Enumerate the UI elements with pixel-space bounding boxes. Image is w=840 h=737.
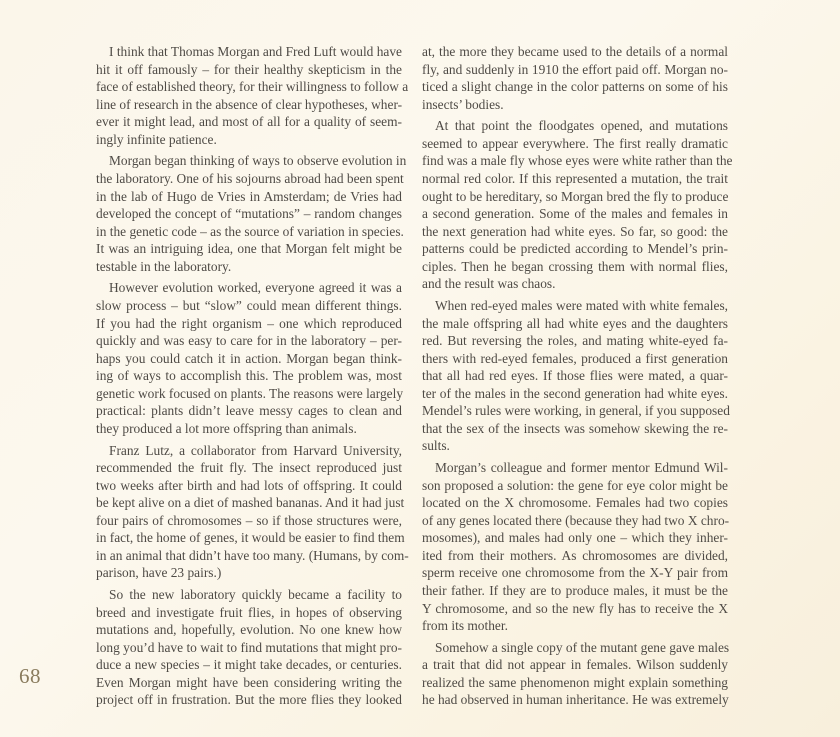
page-number: 68	[19, 664, 41, 689]
text-line: duce a new species – it might take decad…	[96, 656, 402, 674]
right-text-column: at, the more they became used to the det…	[422, 43, 728, 713]
text-line: Somehow a single copy of the mutant gene…	[422, 639, 728, 657]
text-line: he had observed in human inheritance. He…	[422, 691, 728, 709]
text-line: red. But reversing the roles, and mating…	[422, 332, 728, 350]
text-line: recommended the fruit fly. The insect re…	[96, 459, 402, 477]
text-line: If you had the right organism – one whic…	[96, 315, 402, 333]
text-line: genetic work focused on plants. The reas…	[96, 385, 402, 403]
text-line: Y chromosome, and so the new fly has to …	[422, 600, 728, 618]
text-line: slow process – but “slow” could mean dif…	[96, 297, 402, 315]
paragraph: When red-eyed males were mated with whit…	[422, 297, 728, 455]
paragraph: So the new laboratory quickly became a f…	[96, 586, 402, 709]
text-line: a trait that did not appear in females. …	[422, 656, 728, 674]
text-line: the male offspring all had white eyes an…	[422, 315, 728, 333]
text-line: ing of ways to accomplish this. The prob…	[96, 367, 402, 385]
text-line: of any genes located there (because they…	[422, 512, 728, 530]
text-line: face of established theory, for their wi…	[96, 78, 402, 96]
text-line: seemed to appear everywhere. The first r…	[422, 135, 728, 153]
paragraph: at, the more they became used to the det…	[422, 43, 728, 113]
text-line: sults.	[422, 437, 728, 455]
text-line: developed the concept of “mutations” – r…	[96, 205, 402, 223]
text-line: line of research in the absence of clear…	[96, 96, 402, 114]
text-line: Franz Lutz, a collaborator from Harvard …	[96, 442, 402, 460]
text-line: quickly and was easy to care for in the …	[96, 332, 402, 350]
text-line: practical: plants didn’t leave messy cag…	[96, 402, 402, 420]
text-line: project off in frustration. But the more…	[96, 691, 402, 709]
text-line: ingly infinite patience.	[96, 131, 402, 149]
text-line: they produced a lot more offspring than …	[96, 420, 402, 438]
text-line: Even Morgan might have been considering …	[96, 674, 402, 692]
text-line: At that point the floodgates opened, and…	[422, 117, 728, 135]
text-line: However evolution worked, everyone agree…	[96, 279, 402, 297]
text-line: mosomes), and males had only one – which…	[422, 529, 728, 547]
text-line: located on the X chromosome. Females had…	[422, 494, 728, 512]
text-line: sperm receive one chromosome from the X-…	[422, 564, 728, 582]
text-line: in fact, the home of genes, it would be …	[96, 529, 402, 547]
text-line: two weeks after birth and had lots of of…	[96, 477, 402, 495]
text-line: It was an intriguing idea, one that Morg…	[96, 240, 402, 258]
text-line: I think that Thomas Morgan and Fred Luft…	[96, 43, 402, 61]
text-line: fly, and suddenly in 1910 the effort pai…	[422, 61, 728, 79]
paragraph: Franz Lutz, a collaborator from Harvard …	[96, 442, 402, 582]
text-line: in the lab of Hugo de Vries in Amsterdam…	[96, 188, 402, 206]
paragraph: At that point the floodgates opened, and…	[422, 117, 728, 292]
text-line: a second generation. Some of the males a…	[422, 205, 728, 223]
left-text-column: I think that Thomas Morgan and Fred Luft…	[96, 43, 402, 713]
text-line: be kept alive on a diet of mashed banana…	[96, 494, 402, 512]
paragraph: However evolution worked, everyone agree…	[96, 279, 402, 437]
text-line: insects’ bodies.	[422, 96, 728, 114]
text-line: Morgan began thinking of ways to observe…	[96, 152, 402, 170]
text-line: Morgan’s colleague and former mentor Edm…	[422, 459, 728, 477]
text-line: When red-eyed males were mated with whit…	[422, 297, 728, 315]
text-line: ter of the males in the second generatio…	[422, 385, 728, 403]
text-line: that all had red eyes. If those flies we…	[422, 367, 728, 385]
text-line: the laboratory. One of his sojourns abro…	[96, 170, 402, 188]
text-line: at, the more they became used to the det…	[422, 43, 728, 61]
text-line: ticed a slight change in the color patte…	[422, 78, 728, 96]
text-line: breed and investigate fruit flies, in ho…	[96, 604, 402, 622]
text-line: thers with red-eyed females, produced a …	[422, 350, 728, 368]
text-line: the next generation had white eyes. So f…	[422, 223, 728, 241]
paragraph: Morgan’s colleague and former mentor Edm…	[422, 459, 728, 634]
text-line: son proposed a solution: the gene for ey…	[422, 477, 728, 495]
text-line: normal red color. If this represented a …	[422, 170, 728, 188]
text-line: ought to be hereditary, so Morgan bred t…	[422, 188, 728, 206]
book-page: I think that Thomas Morgan and Fred Luft…	[0, 0, 840, 737]
text-line: mutations and, hopefully, evolution. No …	[96, 621, 402, 639]
text-line: their father. If they are to produce mal…	[422, 582, 728, 600]
text-line: four pairs of chromosomes – so if those …	[96, 512, 402, 530]
text-line: that the sex of the insects was somehow …	[422, 420, 728, 438]
text-line: long you’d have to wait to find mutation…	[96, 639, 402, 657]
text-line: ciples. Then he began crossing them with…	[422, 258, 728, 276]
text-line: hit it off famously – for their healthy …	[96, 61, 402, 79]
text-line: haps you could catch it in action. Morga…	[96, 350, 402, 368]
text-line: realized the same phenomenon might expla…	[422, 674, 728, 692]
text-line: ited from their mothers. As chromosomes …	[422, 547, 728, 565]
text-line: in the genetic code – as the source of v…	[96, 223, 402, 241]
text-line: Mendel’s rules were working, in general,…	[422, 402, 728, 420]
text-line: find was a male fly whose eyes were whit…	[422, 152, 728, 170]
text-line: patterns could be predicted according to…	[422, 240, 728, 258]
paragraph: I think that Thomas Morgan and Fred Luft…	[96, 43, 402, 148]
text-line: ever it might lead, and most of all for …	[96, 113, 402, 131]
text-line: testable in the laboratory.	[96, 258, 402, 276]
paragraph: Somehow a single copy of the mutant gene…	[422, 639, 728, 709]
text-line: and the result was chaos.	[422, 275, 728, 293]
text-line: So the new laboratory quickly became a f…	[96, 586, 402, 604]
text-line: in an animal that didn’t have too many. …	[96, 547, 402, 565]
paragraph: Morgan began thinking of ways to observe…	[96, 152, 402, 275]
text-line: parison, have 23 pairs.)	[96, 564, 402, 582]
text-line: from its mother.	[422, 617, 728, 635]
